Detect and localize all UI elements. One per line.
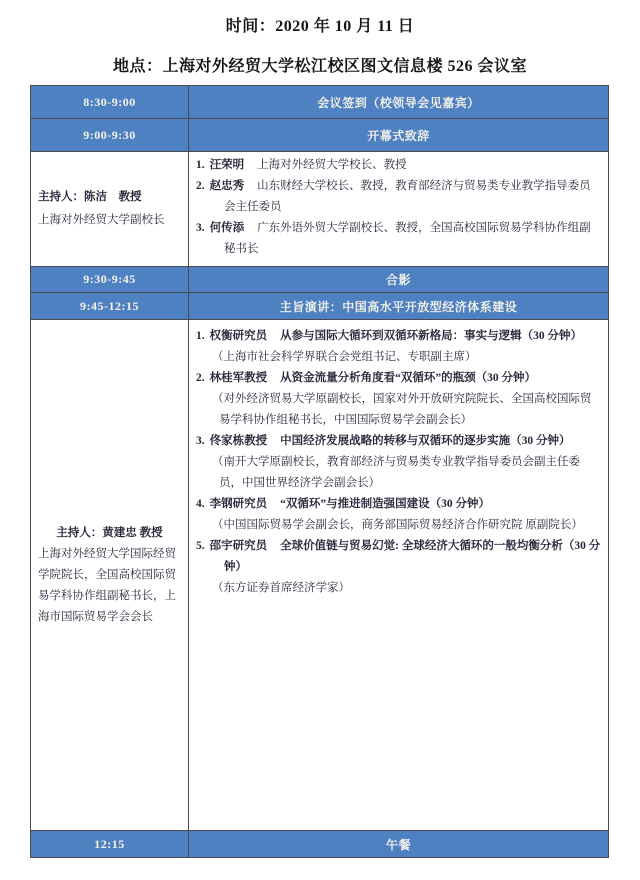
talk-number: 5.: [196, 540, 205, 552]
agenda-row-signin: 8:30-9:00 会议签到（校领导会见嘉宾）: [31, 86, 609, 119]
talk-title: 从参与国际大循环到双循环新格局：事实与逻辑（30 分钟）: [280, 330, 582, 342]
talk-number: 3.: [196, 435, 205, 447]
time-cell: 9:30-9:45: [31, 267, 189, 293]
talk-speaker: 李钢研究员: [210, 498, 268, 510]
opening-speakers-cell: 1.汪荣明上海对外经贸大学校长、教授 2.赵忠秀山东财经大学校长、教授，教育部经…: [189, 152, 609, 267]
host-affiliation: 上海对外经贸大学国际经贸学院院长，全国高校国际贸易学科协作组副秘书长，上海市国际…: [38, 544, 181, 628]
talk-item: 5.邵宇研究员全球价值链与贸易幻觉: 全球经济大循环的一般均衡分析（30 分钟）…: [189, 536, 602, 599]
talk-number: 1.: [196, 330, 205, 342]
agenda-row-lunch: 12:15 午餐: [31, 831, 609, 858]
talk-item: 2.林桂军教授从资金流量分析角度看“双循环”的瓶颈（30 分钟） （对外经济贸易…: [189, 368, 602, 431]
activity-cell: 会议签到（校领导会见嘉宾）: [189, 86, 609, 119]
time-cell: 8:30-9:00: [31, 86, 189, 119]
talk-title: 中国经济发展战略的转移与双循环的逐步实施（30 分钟）: [280, 435, 570, 447]
time-cell: 9:45-12:15: [31, 293, 189, 320]
speaker-number: 3.: [196, 222, 205, 234]
activity-cell: 午餐: [189, 831, 609, 858]
talk-item: 3.佟家栋教授中国经济发展战略的转移与双循环的逐步实施（30 分钟） （南开大学…: [189, 431, 602, 494]
event-date: 时间：2020 年 10 月 11 日: [0, 0, 640, 36]
talk-speaker: 邵宇研究员: [210, 540, 268, 552]
speaker-title: 上海对外经贸大学校长、教授: [257, 159, 407, 171]
agenda-row-photo: 9:30-9:45 合影: [31, 267, 609, 293]
speaker-number: 1.: [196, 159, 205, 171]
talk-title-line: 5.邵宇研究员全球价值链与贸易幻觉: 全球经济大循环的一般均衡分析（30 分钟）: [189, 536, 602, 578]
talk-title-line: 4.李钢研究员“双循环”与推进制造强国建设（30 分钟）: [189, 494, 602, 515]
talk-title-line: 1.权衡研究员从参与国际大循环到双循环新格局：事实与逻辑（30 分钟）: [189, 326, 602, 347]
speaker-title: 广东外语外贸大学副校长、教授，全国高校国际贸易学科协作组副秘书长: [224, 222, 591, 255]
talk-speaker: 权衡研究员: [210, 330, 268, 342]
talk-affiliation: （上海市社会科学界联合会党组书记、专职副主席）: [189, 347, 602, 368]
host-name: 主持人：黄建忠 教授: [38, 523, 181, 544]
time-cell: 12:15: [31, 831, 189, 858]
talk-title-line: 2.林桂军教授从资金流量分析角度看“双循环”的瓶颈（30 分钟）: [189, 368, 602, 389]
talk-item: 4.李钢研究员“双循环”与推进制造强国建设（30 分钟） （中国国际贸易学会副会…: [189, 494, 602, 536]
speaker-number: 2.: [196, 180, 205, 192]
keynote-host-cell: 主持人：黄建忠 教授 上海对外经贸大学国际经贸学院院长，全国高校国际贸易学科协作…: [31, 320, 189, 831]
talk-item: 1.权衡研究员从参与国际大循环到双循环新格局：事实与逻辑（30 分钟） （上海市…: [189, 326, 602, 368]
agenda-row-opening-speakers: 主持人：陈洁 教授 上海对外经贸大学副校长 1.汪荣明上海对外经贸大学校长、教授…: [31, 152, 609, 267]
time-cell: 9:00-9:30: [31, 119, 189, 152]
talk-speaker: 佟家栋教授: [210, 435, 268, 447]
talk-affiliation: （东方证券首席经济学家）: [189, 578, 602, 599]
document-header: 时间：2020 年 10 月 11 日 地点：上海对外经贸大学松江校区图文信息楼…: [0, 0, 640, 76]
activity-cell: 开幕式致辞: [189, 119, 609, 152]
host-name: 主持人：陈洁 教授: [38, 186, 181, 209]
activity-cell: 主旨演讲：中国高水平开放型经济体系建设: [189, 293, 609, 320]
talk-affiliation: （对外经济贸易大学原副校长，国家对外开放研究院院长、全国高校国际贸易学科协作组秘…: [189, 389, 602, 431]
speaker-item: 1.汪荣明上海对外经贸大学校长、教授: [189, 155, 602, 176]
talk-title: 从资金流量分析角度看“双循环”的瓶颈（30 分钟）: [280, 372, 536, 384]
agenda-table: 8:30-9:00 会议签到（校领导会见嘉宾） 9:00-9:30 开幕式致辞 …: [30, 85, 609, 858]
agenda-row-keynote-talks: 主持人：黄建忠 教授 上海对外经贸大学国际经贸学院院长，全国高校国际贸易学科协作…: [31, 320, 609, 831]
talk-title: “双循环”与推进制造强国建设（30 分钟）: [280, 498, 490, 510]
speaker-item: 3.何传添广东外语外贸大学副校长、教授，全国高校国际贸易学科协作组副秘书长: [189, 218, 602, 260]
host-affiliation: 上海对外经贸大学副校长: [38, 209, 181, 232]
event-venue: 地点：上海对外经贸大学松江校区图文信息楼 526 会议室: [0, 36, 640, 76]
talk-speaker: 林桂军教授: [210, 372, 268, 384]
opening-host-cell: 主持人：陈洁 教授 上海对外经贸大学副校长: [31, 152, 189, 267]
speaker-name: 汪荣明: [210, 159, 245, 171]
keynote-talks-cell: 1.权衡研究员从参与国际大循环到双循环新格局：事实与逻辑（30 分钟） （上海市…: [189, 320, 609, 831]
activity-cell: 合影: [189, 267, 609, 293]
speaker-item: 2.赵忠秀山东财经大学校长、教授，教育部经济与贸易类专业教学指导委员会主任委员: [189, 176, 602, 218]
talk-title: 全球价值链与贸易幻觉: 全球经济大循环的一般均衡分析（30 分钟）: [224, 540, 600, 573]
conference-agenda-page: 时间：2020 年 10 月 11 日 地点：上海对外经贸大学松江校区图文信息楼…: [0, 0, 640, 880]
speaker-title: 山东财经大学校长、教授，教育部经济与贸易类专业教学指导委员会主任委员: [224, 180, 591, 213]
speaker-name: 赵忠秀: [210, 180, 245, 192]
agenda-row-opening-ceremony: 9:00-9:30 开幕式致辞: [31, 119, 609, 152]
talk-affiliation: （中国国际贸易学会副会长，商务部国际贸易经济合作研究院 原副院长）: [189, 515, 602, 536]
talk-title-line: 3.佟家栋教授中国经济发展战略的转移与双循环的逐步实施（30 分钟）: [189, 431, 602, 452]
talk-number: 2.: [196, 372, 205, 384]
talk-affiliation: （南开大学原副校长，教育部经济与贸易类专业教学指导委员会副主任委员，中国世界经济…: [189, 452, 602, 494]
talk-number: 4.: [196, 498, 205, 510]
speaker-name: 何传添: [210, 222, 245, 234]
agenda-row-keynote-header: 9:45-12:15 主旨演讲：中国高水平开放型经济体系建设: [31, 293, 609, 320]
